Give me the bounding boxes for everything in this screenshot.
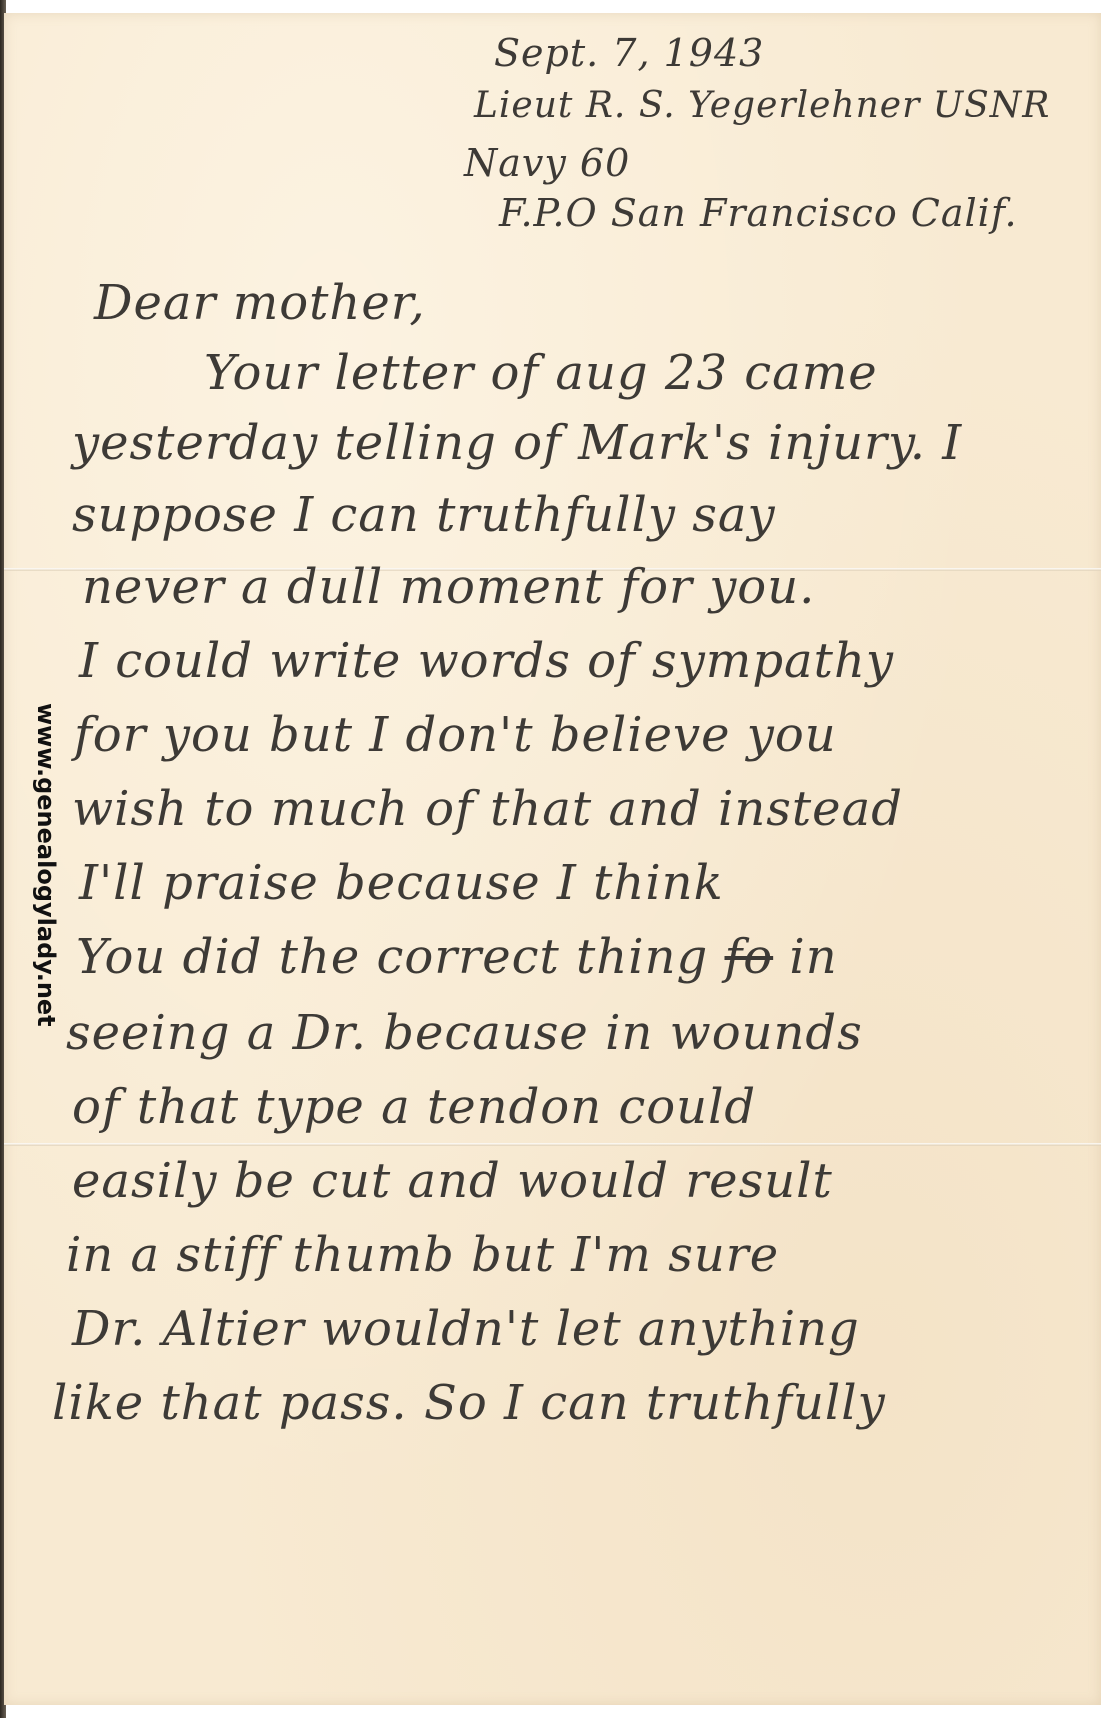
letter-line: never a dull moment for you.: [82, 559, 815, 615]
sender-address: F.P.O San Francisco Calif.: [499, 191, 1018, 235]
struck-out-word: fo: [724, 929, 773, 985]
letter-line: yesterday telling of Mark's injury. I: [72, 415, 962, 471]
letter-line: Your letter of aug 23 came: [204, 345, 878, 401]
letter-line: in a stiff thumb but I'm sure: [66, 1227, 779, 1283]
letter-line: of that type a tendon could: [72, 1079, 756, 1135]
letter-line: easily be cut and would result: [72, 1153, 833, 1209]
letter-line: seeing a Dr. because in wounds: [66, 1005, 863, 1061]
letter-line: suppose I can truthfully say: [72, 487, 776, 543]
letter-line-text: You did the correct thing: [76, 929, 708, 985]
letter-line: wish to much of that and instead: [72, 781, 903, 837]
letter-line-with-correction: You did the correct thing fo in: [76, 929, 838, 985]
letter-line: I could write words of sympathy: [79, 633, 894, 689]
letter-line: Dr. Altier wouldn't let anything: [72, 1301, 860, 1357]
sender-name: Lieut R. S. Yegerlehner USNR: [474, 85, 1050, 126]
letter-page: Sept. 7, 1943 Lieut R. S. Yegerlehner US…: [4, 13, 1101, 1705]
salutation: Dear mother,: [94, 275, 426, 331]
letter-line: I'll praise because I think: [79, 855, 724, 911]
letter-line: like that pass. So I can truthfully: [52, 1375, 886, 1431]
letter-line-tail: in: [789, 929, 837, 985]
letter-line: for you but I don't believe you: [74, 707, 837, 763]
letter-date: Sept. 7, 1943: [494, 31, 764, 75]
sender-unit: Navy 60: [464, 141, 630, 185]
watermark-url: www.genealogylady.net: [32, 703, 60, 1027]
fold-line: [4, 1143, 1101, 1146]
